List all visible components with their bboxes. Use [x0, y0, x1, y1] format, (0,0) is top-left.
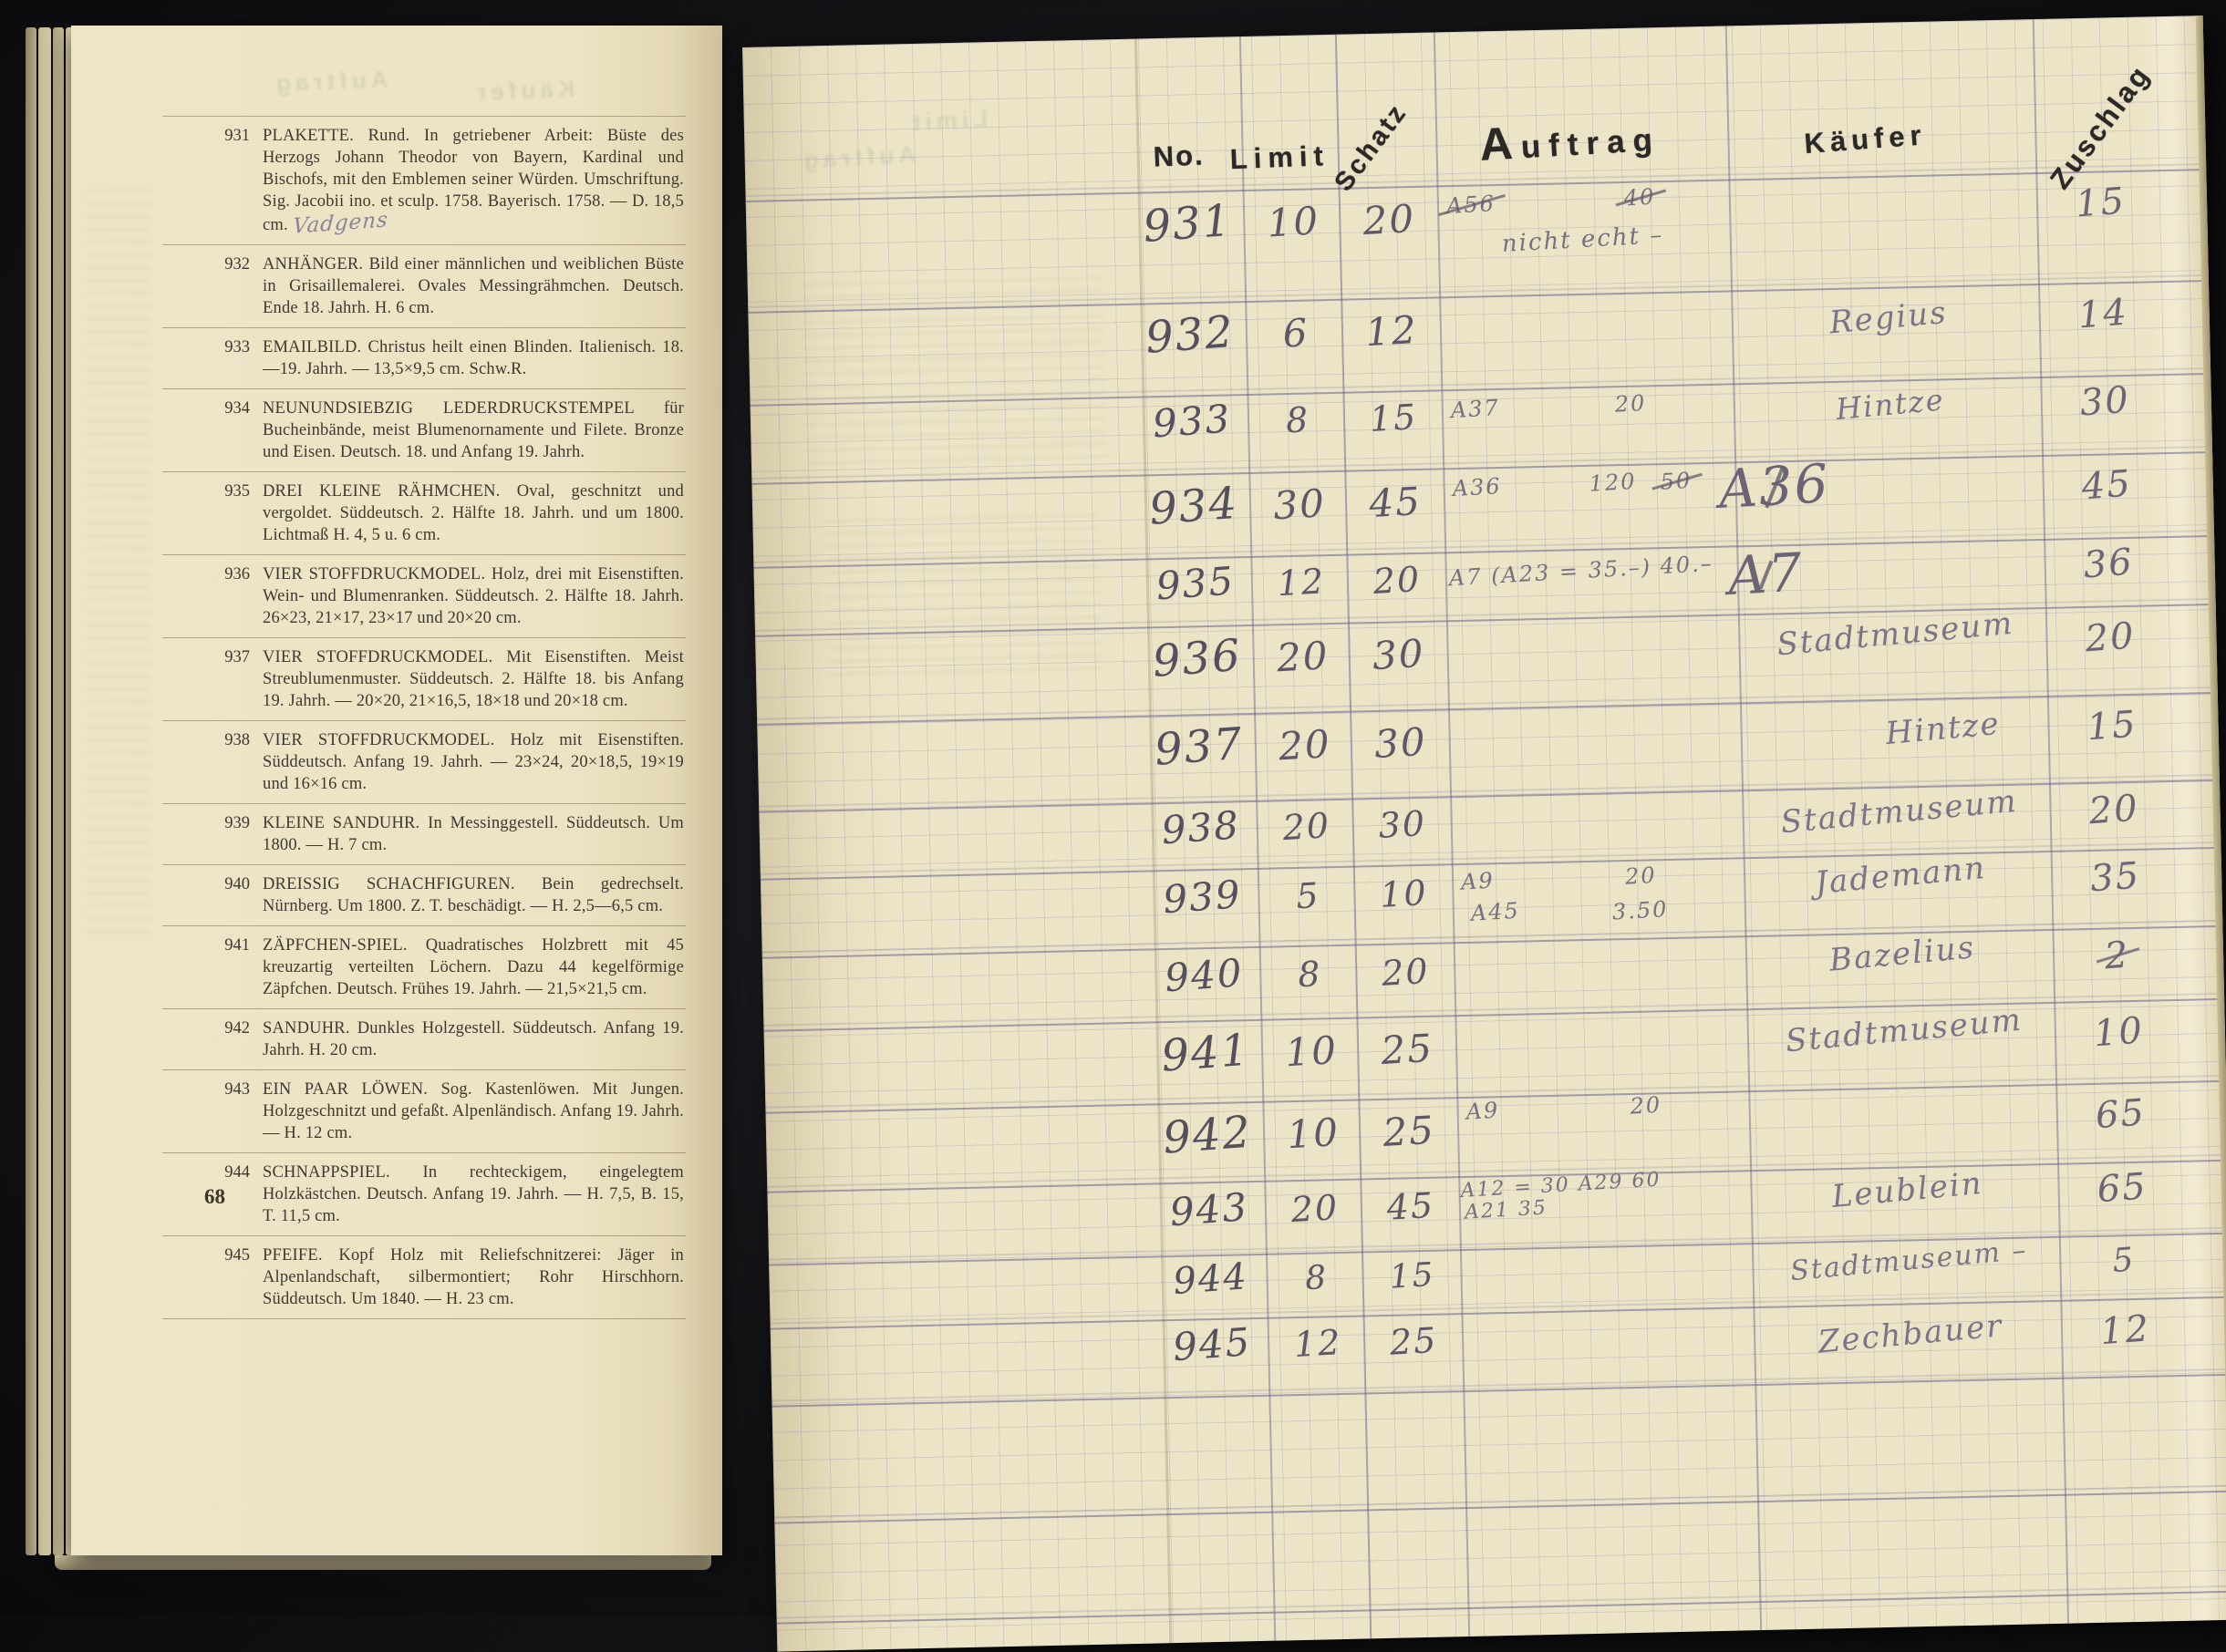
cell-no: 942 [1152, 1106, 1263, 1165]
cell-kaeufer: Hintze [1739, 374, 2042, 436]
lot-description: EIN PAAR LÖWEN. Sog. Kastenlöwen. Mit Ju… [263, 1079, 684, 1144]
ledger-page-wrap: Limit Auftrag No. Limit Schatz A [742, 15, 2226, 1616]
cell-no: 933 [1136, 395, 1247, 448]
page-edge-strip [26, 27, 36, 1555]
auftrag-entry: A37 [1450, 395, 1500, 423]
auftrag-bigmark: A7 [1726, 541, 1806, 607]
cell-no: 931 [1132, 194, 1243, 253]
cell-zuschlag: 15 [2058, 701, 2166, 750]
catalog-entry: 935DREI KLEINE RÄHMCHEN. Oval, geschnitz… [162, 471, 686, 554]
lot-description: DREI KLEINE RÄHMCHEN. Oval, geschnitzt u… [263, 480, 684, 546]
auftrag-entry: A9 [1460, 868, 1495, 895]
lot-number: 935 [204, 480, 250, 546]
struck-auftrag-entry: 40 [1623, 184, 1656, 212]
auftrag-entry: A36 [1452, 473, 1502, 501]
catalog-entries: 931PLAKETTE. Rund. In getriebener Arbeit… [162, 116, 686, 1319]
cell-kaeufer: Stadtmuseum [1747, 780, 2050, 844]
cell-limit: 20 [1260, 720, 1351, 769]
cell-limit: 10 [1267, 1027, 1357, 1076]
cell-no: 935 [1140, 557, 1250, 610]
page-edge-bottom [55, 1555, 711, 1570]
lot-number: 939 [204, 812, 250, 856]
cell-limit: 12 [1257, 560, 1346, 604]
cell-limit: 30 [1255, 480, 1345, 529]
page-number: 68 [204, 1185, 225, 1209]
lot-description: VIER STOFFDRUCKMODEL. Mit Eisenstiften. … [263, 646, 684, 712]
lot-number: 934 [204, 398, 250, 463]
auftrag-entry: A21 35 [1464, 1196, 1548, 1224]
auftrag-entry: A45 [1470, 898, 1520, 926]
cell-no: 938 [1145, 801, 1256, 854]
cell-zuschlag: 5 [2070, 1238, 2178, 1283]
catalog-entry: 944SCHNAPPSPIEL. In rechteckigem, eingel… [162, 1152, 686, 1235]
struck-zuschlag: 2 [2103, 934, 2131, 977]
cell-schatz: 30 [1354, 718, 1448, 769]
catalog-page: Auftrag Käufer 931PLAKETTE. Rund. In get… [71, 26, 722, 1555]
cell-schatz: 10 [1357, 872, 1450, 917]
struck-auftrag-entry: 50 [1660, 468, 1693, 495]
cell-zuschlag: 36 [2055, 539, 2162, 588]
lot-description: NEUNUNDSIEBZIG LEDERDRUCKSTEMPEL für Buc… [263, 398, 684, 463]
entry-divider [162, 1318, 686, 1319]
cell-limit: 10 [1268, 1109, 1359, 1158]
cell-zuschlag: 20 [2056, 613, 2164, 662]
page-edge-strip [38, 27, 51, 1555]
cell-schatz: 25 [1361, 1025, 1455, 1075]
cell-zuschlag: 12 [2072, 1306, 2179, 1355]
photo-backdrop: Auftrag Käufer 931PLAKETTE. Rund. In get… [0, 0, 2226, 1616]
cell-limit: 5 [1263, 873, 1352, 918]
bleedthrough-smudge [88, 190, 151, 937]
cell-zuschlag: 15 [2047, 178, 2155, 227]
lot-number: 941 [204, 934, 250, 1000]
cell-kaeufer: Regius [1737, 286, 2040, 350]
handwritten-annotation: Vadgens [292, 209, 388, 237]
cell-zuschlag: 20 [2060, 785, 2168, 834]
catalog-entry: 940DREISSIG SCHACHFIGUREN. Bein gedrechs… [162, 864, 686, 925]
catalog-entry: 937VIER STOFFDRUCKMODEL. Mit Eisenstifte… [162, 637, 686, 720]
auftrag-entry: 120 [1589, 469, 1637, 497]
catalog-entry: 933EMAILBILD. Christus heilt einen Blind… [162, 327, 686, 388]
catalog-entry: 936VIER STOFFDRUCKMODEL. Holz, drei mit … [162, 554, 686, 637]
book-page-edges [26, 27, 77, 1555]
cell-schatz: 20 [1359, 950, 1452, 996]
cell-no: 945 [1157, 1318, 1268, 1371]
bleedthrough-stamp: Käufer [471, 75, 575, 107]
cell-no: 943 [1154, 1183, 1264, 1236]
row-line [774, 1491, 2226, 1524]
lot-description: EMAILBILD. Christus heilt einen Blinden.… [263, 336, 684, 380]
header-limit: Limit [1229, 139, 1330, 176]
lot-number: 943 [204, 1079, 250, 1144]
catalog-entry: 938VIER STOFFDRUCKMODEL. Holz mit Eisens… [162, 720, 686, 803]
auftrag-entry: A9 [1465, 1098, 1500, 1125]
bleedthrough-stamp: Limit [907, 105, 989, 138]
cell-auftrag: A36 120 50 A36 [1452, 469, 1738, 559]
lot-number: 933 [204, 336, 250, 380]
lot-description: ANHÄNGER. Bild einer männlichen und weib… [263, 253, 684, 319]
cell-limit: 20 [1262, 804, 1351, 849]
cell-auftrag: A56 40 nicht echt – [1446, 186, 1734, 304]
cell-schatz: 30 [1351, 630, 1445, 680]
catalog-entry: 941ZÄPFCHEN-SPIEL. Quadratisches Holzbre… [162, 925, 686, 1008]
cell-zuschlag: 2 [2064, 931, 2171, 980]
cell-limit: 20 [1270, 1186, 1360, 1231]
cell-zuschlag: 35 [2062, 852, 2169, 902]
lot-number: 945 [204, 1244, 250, 1310]
cell-schatz: 30 [1356, 802, 1449, 848]
cell-schatz: 45 [1364, 1184, 1457, 1230]
cell-limit: 10 [1248, 197, 1339, 246]
cell-zuschlag: 30 [2051, 377, 2159, 426]
auftrag-entry: 20 [1624, 862, 1657, 890]
lot-number: 938 [204, 729, 250, 795]
cell-schatz: 15 [1347, 396, 1440, 441]
lot-number: 940 [204, 873, 250, 917]
lot-description: VIER STOFFDRUCKMODEL. Holz mit Eisenstif… [263, 729, 684, 795]
cell-limit: 8 [1253, 398, 1342, 442]
lot-description: PFEIFE. Kopf Holz mit Reliefschnitzerei:… [263, 1244, 684, 1310]
cell-kaeufer: Stadtmuseum [1753, 998, 2055, 1062]
catalog-entry: 942SANDUHR. Dunkles Holzgestell. Süddeut… [162, 1008, 686, 1069]
lot-number: 936 [204, 563, 250, 629]
auftrag-entry: 20 [1630, 1092, 1662, 1120]
cell-limit: 20 [1258, 632, 1348, 681]
lot-description: VIER STOFFDRUCKMODEL. Holz, drei mit Eis… [263, 563, 684, 629]
cell-limit: 8 [1272, 1257, 1361, 1299]
lot-number: 932 [204, 253, 250, 319]
cell-no: 937 [1144, 718, 1255, 777]
cell-no: 939 [1147, 871, 1258, 924]
page-edge-strip [53, 27, 64, 1555]
cell-schatz: 25 [1362, 1107, 1456, 1157]
auftrag-bigmark: A36 [1717, 452, 1831, 521]
cell-limit: 8 [1265, 952, 1354, 996]
cell-schatz: 25 [1367, 1318, 1460, 1364]
lot-number: 942 [204, 1017, 250, 1061]
catalog-entry: 931PLAKETTE. Rund. In getriebener Arbeit… [162, 116, 686, 244]
header-schatz: Schatz [1329, 98, 1413, 197]
lot-number: 931 [204, 125, 250, 236]
catalog-entry: 945PFEIFE. Kopf Holz mit Reliefschnitzer… [162, 1235, 686, 1318]
lot-description: KLEINE SANDUHR. In Messinggestell. Südde… [263, 812, 684, 856]
cell-no: 932 [1134, 305, 1246, 365]
ledger-page: Limit Auftrag No. Limit Schatz A [742, 15, 2226, 1616]
cell-schatz: 20 [1351, 558, 1444, 604]
cell-limit: 12 [1273, 1321, 1362, 1366]
cell-no: 940 [1149, 949, 1259, 1002]
catalog-entry: 932ANHÄNGER. Bild einer männlichen und w… [162, 244, 686, 327]
catalog-entry: 943EIN PAAR LÖWEN. Sog. Kastenlöwen. Mit… [162, 1069, 686, 1152]
auftrag-entry: 3.50 [1611, 896, 1669, 924]
auftrag-entry: 20 [1614, 390, 1647, 418]
auftrag-entry: A7 (A23 = 35.–) 40.– [1448, 551, 1714, 591]
cell-kaeufer: Hintze [1832, 701, 2054, 758]
cell-schatz: 15 [1365, 1254, 1458, 1297]
header-auftrag: Auftrag [1478, 108, 1662, 171]
lot-description: SCHNAPPSPIEL. In rechteckigem, eingelegt… [263, 1162, 684, 1227]
catalog-entry: 934NEUNUNDSIEBZIG LEDERDRUCKSTEMPEL für … [162, 388, 686, 471]
lot-description: DREISSIG SCHACHFIGUREN. Bein gedrechselt… [263, 873, 684, 917]
cell-zuschlag: 45 [2053, 460, 2160, 510]
cell-no: 944 [1155, 1254, 1266, 1305]
bleedthrough-stamp: Auftrag [271, 66, 388, 98]
cell-zuschlag: 14 [2049, 289, 2157, 338]
catalog-entry: 939KLEINE SANDUHR. In Messinggestell. Sü… [162, 803, 686, 864]
bleedthrough-stamp: Auftrag [799, 140, 916, 175]
header-no: No. [1153, 139, 1205, 174]
header-kaeufer: Käufer [1803, 119, 1928, 160]
cell-no: 941 [1150, 1024, 1261, 1083]
cell-schatz: 20 [1342, 195, 1436, 245]
cell-zuschlag: 65 [2066, 1089, 2174, 1139]
lot-description: PLAKETTE. Rund. In getriebener Arbeit: B… [263, 125, 684, 236]
cell-no: 934 [1138, 477, 1249, 536]
struck-auftrag-entry: A56 [1445, 191, 1496, 219]
lot-number: 937 [204, 646, 250, 712]
cell-zuschlag: 10 [2065, 1007, 2172, 1057]
cell-zuschlag: 65 [2068, 1163, 2176, 1213]
lot-description: SANDUHR. Dunkles Holzgestell. Süddeutsch… [263, 1017, 684, 1061]
row-line [777, 1591, 2226, 1616]
cell-schatz: 12 [1345, 306, 1439, 356]
cell-kaeufer: Zechbauer [1759, 1302, 2062, 1366]
cell-schatz: 45 [1349, 478, 1443, 528]
cell-limit: 6 [1251, 308, 1341, 357]
auftrag-note: nicht echt – [1501, 222, 1664, 258]
lot-description: ZÄPFCHEN-SPIEL. Quadratisches Holzbrett … [263, 934, 684, 1000]
cell-no: 936 [1142, 629, 1253, 688]
